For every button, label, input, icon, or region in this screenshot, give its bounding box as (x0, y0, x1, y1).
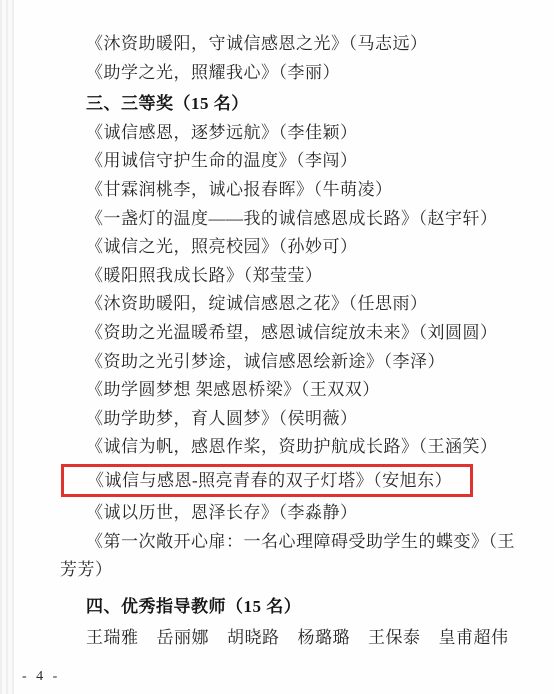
award-entry: 《诚信感恩，逐梦远航》（李佳颖） (60, 119, 538, 148)
document-page: 《沐资助暖阳，守诚信感恩之光》（马志远）《助学之光，照耀我心》（李丽） 三、三等… (0, 0, 554, 694)
award-entry: 《甘霖润桃李，诚心报春晖》（牛萌凌） (60, 176, 538, 205)
award-entry: 《用诚信守护生命的温度》（李闯） (60, 147, 538, 176)
page-number: - 4 - (22, 669, 60, 685)
page-content: 《沐资助暖阳，守诚信感恩之光》（马志远）《助学之光，照耀我心》（李丽） 三、三等… (60, 30, 538, 653)
highlighted-award-entry: 《诚信与感恩-照亮青春的双子灯塔》（安旭东） (64, 467, 470, 494)
scan-edge-artifact (0, 0, 14, 694)
teacher-name: 皇甫超伟 (439, 624, 509, 653)
award-entry: 《资助之光温暖希望，感恩诚信绽放未来》（刘圆圆） (60, 319, 538, 348)
award-entry: 《沐资助暖阳，守诚信感恩之光》（马志远） (60, 30, 538, 59)
highlight-box: 《诚信与感恩-照亮青春的双子灯塔》（安旭东） (61, 464, 473, 497)
award-entry: 《一盏灯的温度——我的诚信感恩成长路》（赵宇轩） (60, 205, 538, 234)
award-entry: 《助学之光，照耀我心》（李丽） (60, 59, 538, 88)
teacher-names: 王瑞雅岳丽娜胡晓路杨璐璐王保泰皇甫超伟 (60, 624, 538, 653)
award-entry: 《沐资助暖阳，绽诚信感恩之花》（任思雨） (60, 290, 538, 319)
award-entry: 《诚信为帆，感恩作桨，资助护航成长路》（王涵笑） (60, 433, 538, 462)
third-prize-items-after: 《诚以历世，恩泽长存》（李淼静）《第一次敞开心扉：一名心理障碍受助学生的蝶变》（… (60, 499, 538, 585)
award-entry: 《助学圆梦想 架感恩桥梁》（王双双） (60, 376, 538, 405)
award-entry: 《诚以历世，恩泽长存》（李淼静） (60, 499, 538, 528)
award-entry: 《资助之光引梦途，诚信感恩绘新途》（李泽） (60, 348, 538, 377)
teacher-name: 王保泰 (368, 624, 421, 653)
third-prize-heading: 三、三等奖（15 名） (60, 90, 538, 119)
teacher-name: 胡晓路 (227, 624, 280, 653)
award-entry: 《助学助梦，育人圆梦》（侯明薇） (60, 405, 538, 434)
previous-section-items: 《沐资助暖阳，守诚信感恩之光》（马志远）《助学之光，照耀我心》（李丽） (60, 30, 538, 87)
teacher-name: 王瑞雅 (86, 624, 139, 653)
award-entry: 《第一次敞开心扉：一名心理障碍受助学生的蝶变》（王芳芳） (60, 528, 530, 585)
third-prize-items: 《诚信感恩，逐梦远航》（李佳颖）《用诚信守护生命的温度》（李闯）《甘霖润桃李，诚… (60, 119, 538, 462)
award-entry: 《暖阳照我成长路》（郑莹莹） (60, 262, 538, 291)
teacher-name: 杨璐璐 (298, 624, 351, 653)
teachers-heading: 四、优秀指导教师（15 名） (60, 593, 538, 622)
teacher-name: 岳丽娜 (157, 624, 210, 653)
award-entry: 《诚信之光，照亮校园》（孙妙可） (60, 233, 538, 262)
